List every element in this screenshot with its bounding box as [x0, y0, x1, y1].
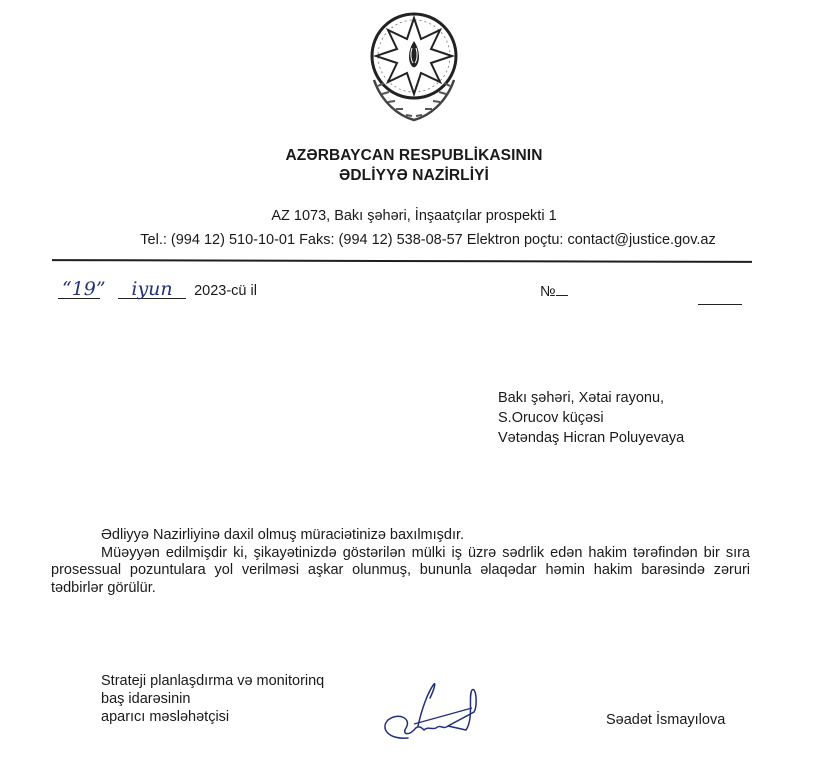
date-year: 2023-cü il	[194, 283, 257, 299]
reference-number: №	[540, 283, 568, 300]
date-month-handwritten: iyun	[118, 280, 186, 299]
signatory-title-line3: aparıcı məsləhətçisi	[101, 708, 324, 726]
signatory-title: Strateji planlaşdırma və monitorinq baş …	[101, 672, 324, 726]
body-paragraph-2: Müəyyən edilmişdir ki, şikayətinizdə gös…	[51, 545, 750, 598]
number-underline	[698, 304, 742, 305]
letter-body: Ədliyyə Nazirliyinə daxil olmuş müraciət…	[51, 527, 750, 597]
state-emblem-icon	[364, 8, 464, 130]
recipient-line3: Vətəndaş Hicran Poluyevaya	[498, 428, 684, 448]
body-paragraph-1: Ədliyyə Nazirliyinə daxil olmuş müraciət…	[51, 527, 750, 545]
recipient-line1: Bakı şəhəri, Xətai rayonu,	[498, 388, 684, 408]
header-divider	[52, 259, 752, 263]
recipient-line2: S.Orucov küçəsi	[498, 408, 684, 428]
recipient-block: Bakı şəhəri, Xətai rayonu, S.Orucov küçə…	[498, 388, 684, 448]
number-label: №	[540, 284, 556, 300]
date-day-handwritten: “19”	[58, 280, 100, 299]
letter-date: “19” iyun 2023-cü il	[58, 280, 257, 304]
ministry-name-line2: ƏDLİYYƏ NAZİRLİYİ	[0, 166, 828, 186]
ministry-address: AZ 1073, Bakı şəhəri, İnşaatçılar prospe…	[0, 206, 828, 226]
ministry-contacts: Tel.: (994 12) 510-10-01 Faks: (994 12) …	[14, 230, 828, 250]
number-blank-line	[556, 283, 568, 296]
ministry-name-line1: AZƏRBAYCAN RESPUBLİKASININ	[0, 146, 828, 166]
signatory-title-line2: baş idarəsinin	[101, 690, 324, 708]
signatory-title-line1: Strateji planlaşdırma və monitorinq	[101, 672, 324, 690]
signatory-name: Səadət İsmayılova	[606, 712, 725, 728]
handwritten-signature-icon	[378, 678, 488, 742]
